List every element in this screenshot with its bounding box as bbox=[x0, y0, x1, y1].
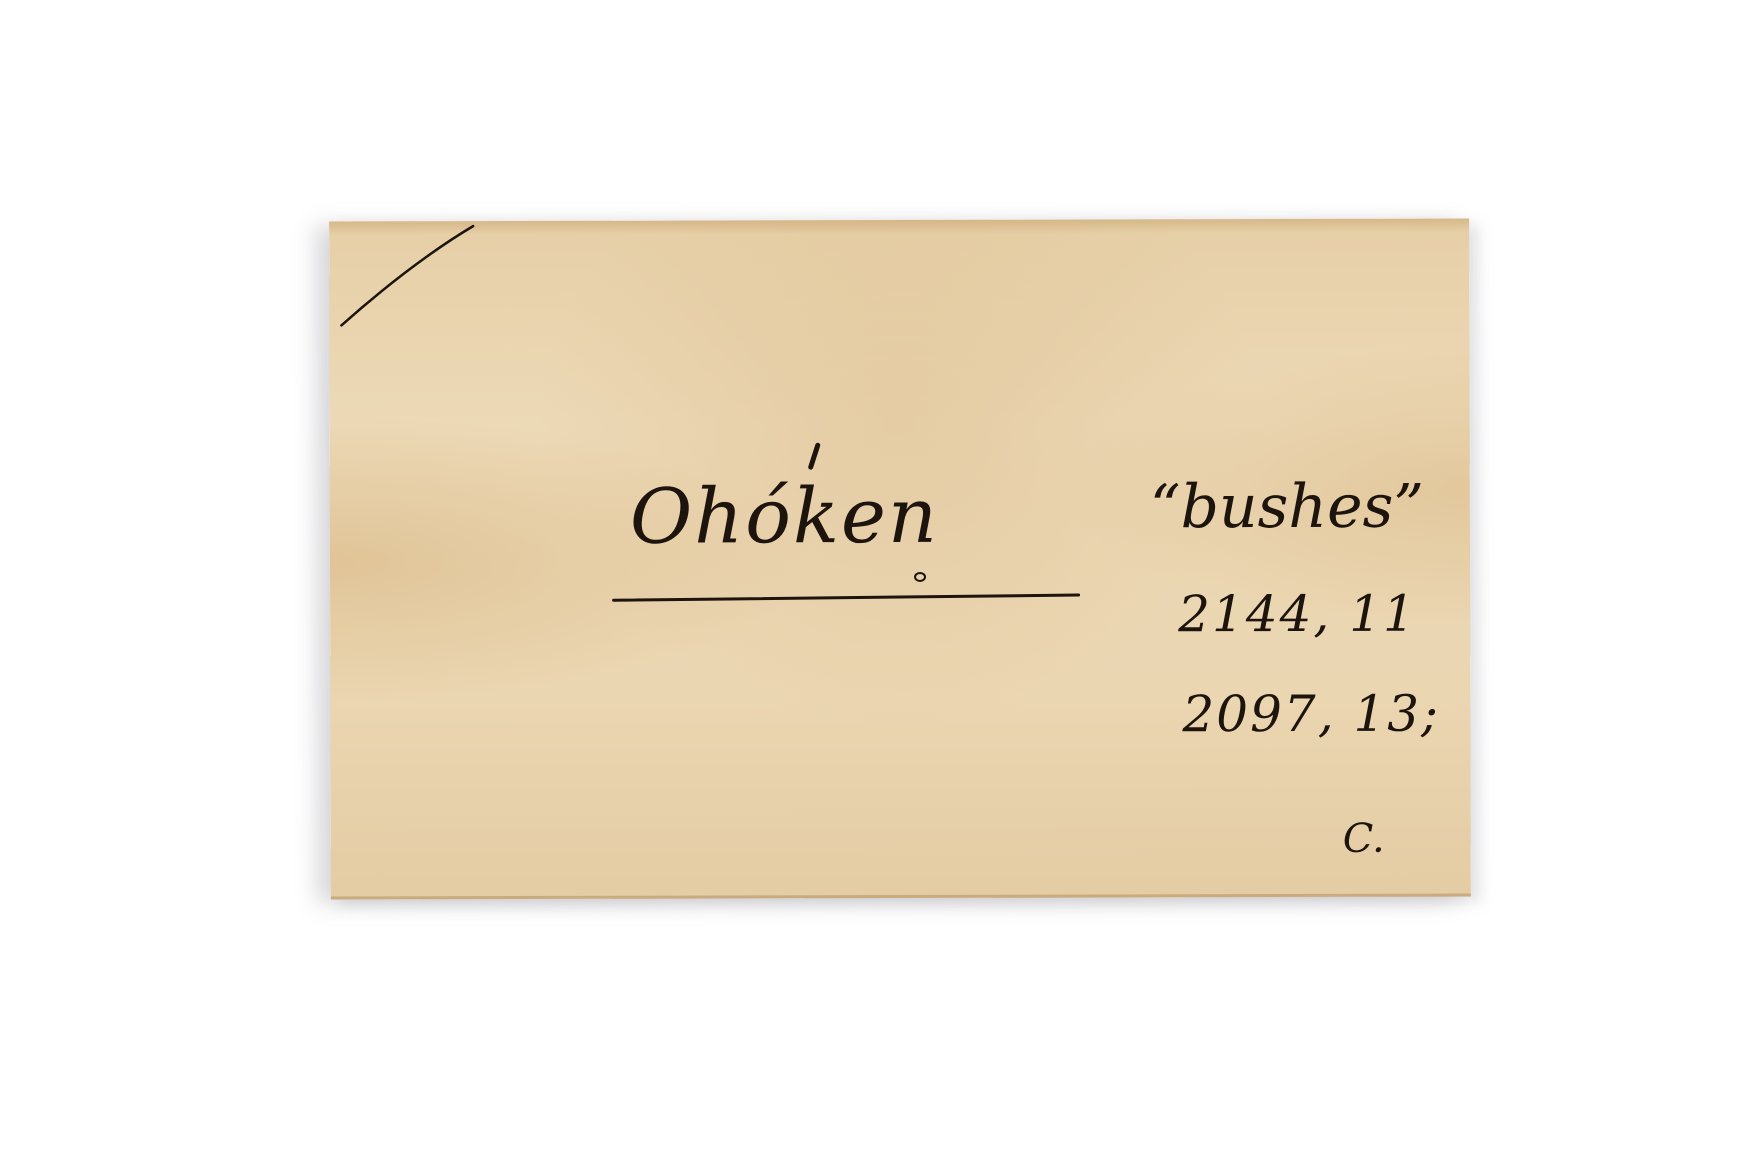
archival-note-card: Ohóken “bushes” 2144, 11 2097, 13; C. bbox=[329, 219, 1471, 900]
acute-accent-mark bbox=[808, 442, 821, 470]
author-initial: C. bbox=[1343, 819, 1385, 859]
headword: Ohóken bbox=[630, 478, 939, 555]
reference-2: 2097, 13; bbox=[1182, 689, 1440, 740]
underdot-mark bbox=[914, 572, 926, 582]
headword-underline bbox=[612, 593, 1080, 601]
corner-pen-stroke bbox=[337, 223, 477, 328]
gloss-translation: “bushes” bbox=[1150, 477, 1424, 538]
reference-1: 2144, 11 bbox=[1178, 589, 1417, 640]
